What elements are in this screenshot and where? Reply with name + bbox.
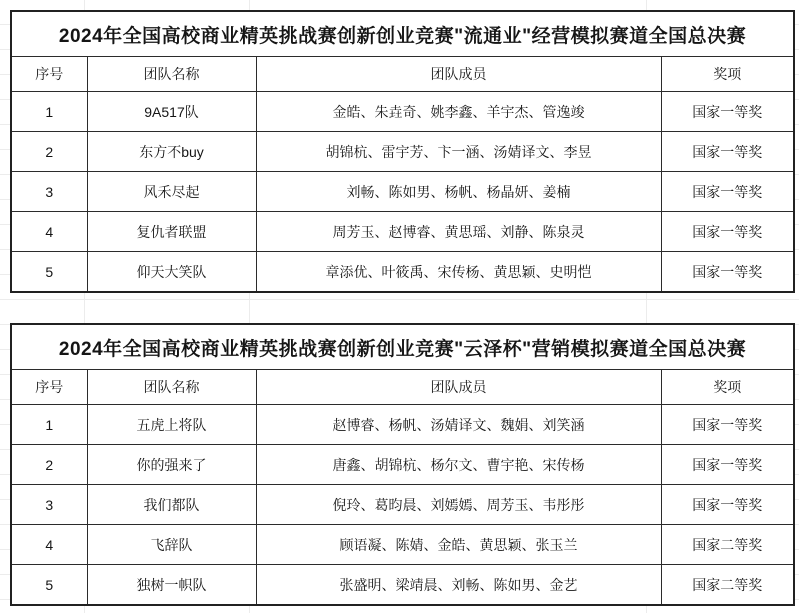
table-header-row: 序号 团队名称 团队成员 奖项 (11, 57, 794, 92)
table-title: 2024年全国高校商业精英挑战赛创新创业竞赛"云泽杯"营销模拟赛道全国总决赛 (11, 324, 794, 370)
table-row: 2 东方不buy 胡锦杭、雷宇芳、卞一涵、汤婧译文、李昱 国家一等奖 (11, 132, 794, 172)
header-team-members: 团队成员 (256, 370, 661, 405)
cell-team-members: 刘畅、陈如男、杨帆、杨晶妍、姜楠 (256, 172, 661, 212)
table-row: 4 飞辞队 顾语凝、陈婧、金皓、黄思颖、张玉兰 国家二等奖 (11, 525, 794, 565)
header-team-members: 团队成员 (256, 57, 661, 92)
header-award: 奖项 (661, 57, 794, 92)
cell-team-members: 金皓、朱垚奇、姚李鑫、羊宇杰、管逸竣 (256, 92, 661, 132)
header-team-name: 团队名称 (87, 57, 256, 92)
cell-team-name: 9A517队 (87, 92, 256, 132)
award-table-marketing: 2024年全国高校商业精英挑战赛创新创业竞赛"云泽杯"营销模拟赛道全国总决赛 序… (10, 323, 795, 606)
cell-award: 国家一等奖 (661, 172, 794, 212)
header-award: 奖项 (661, 370, 794, 405)
cell-team-name: 我们都队 (87, 485, 256, 525)
cell-team-members: 胡锦杭、雷宇芳、卞一涵、汤婧译文、李昱 (256, 132, 661, 172)
cell-team-name: 独树一帜队 (87, 565, 256, 606)
table-row: 3 风禾尽起 刘畅、陈如男、杨帆、杨晶妍、姜楠 国家一等奖 (11, 172, 794, 212)
table-row: 1 五虎上将队 赵博睿、杨帆、汤婧译文、魏娟、刘笑涵 国家一等奖 (11, 405, 794, 445)
cell-award: 国家一等奖 (661, 212, 794, 252)
cell-seq: 1 (11, 92, 87, 132)
table-title-row: 2024年全国高校商业精英挑战赛创新创业竞赛"流通业"经营模拟赛道全国总决赛 (11, 11, 794, 57)
cell-seq: 5 (11, 565, 87, 606)
award-table-circulation: 2024年全国高校商业精英挑战赛创新创业竞赛"流通业"经营模拟赛道全国总决赛 序… (10, 10, 795, 293)
cell-team-members: 周芳玉、赵博睿、黄思瑶、刘静、陈泉灵 (256, 212, 661, 252)
cell-team-name: 飞辞队 (87, 525, 256, 565)
cell-seq: 4 (11, 525, 87, 565)
cell-team-name: 五虎上将队 (87, 405, 256, 445)
table-row: 3 我们都队 倪玲、葛昀晨、刘嫣嫣、周芳玉、韦彤彤 国家一等奖 (11, 485, 794, 525)
cell-seq: 5 (11, 252, 87, 293)
cell-team-name: 复仇者联盟 (87, 212, 256, 252)
cell-seq: 1 (11, 405, 87, 445)
table-title: 2024年全国高校商业精英挑战赛创新创业竞赛"流通业"经营模拟赛道全国总决赛 (11, 11, 794, 57)
header-team-name: 团队名称 (87, 370, 256, 405)
cell-seq: 3 (11, 485, 87, 525)
cell-team-name: 东方不buy (87, 132, 256, 172)
cell-award: 国家一等奖 (661, 252, 794, 293)
table-row: 2 你的强来了 唐鑫、胡锦杭、杨尔文、曹宇艳、宋传杨 国家一等奖 (11, 445, 794, 485)
cell-award: 国家一等奖 (661, 445, 794, 485)
cell-team-members: 张盛明、梁靖晨、刘畅、陈如男、金艺 (256, 565, 661, 606)
spreadsheet-area: 2024年全国高校商业精英挑战赛创新创业竞赛"流通业"经营模拟赛道全国总决赛 序… (0, 0, 799, 606)
cell-award: 国家一等奖 (661, 405, 794, 445)
cell-team-members: 倪玲、葛昀晨、刘嫣嫣、周芳玉、韦彤彤 (256, 485, 661, 525)
table-row: 5 独树一帜队 张盛明、梁靖晨、刘畅、陈如男、金艺 国家二等奖 (11, 565, 794, 606)
cell-team-members: 唐鑫、胡锦杭、杨尔文、曹宇艳、宋传杨 (256, 445, 661, 485)
header-seq: 序号 (11, 370, 87, 405)
table-row: 1 9A517队 金皓、朱垚奇、姚李鑫、羊宇杰、管逸竣 国家一等奖 (11, 92, 794, 132)
cell-award: 国家一等奖 (661, 132, 794, 172)
table-header-row: 序号 团队名称 团队成员 奖项 (11, 370, 794, 405)
cell-seq: 4 (11, 212, 87, 252)
cell-team-name: 你的强来了 (87, 445, 256, 485)
cell-seq: 3 (11, 172, 87, 212)
table-title-row: 2024年全国高校商业精英挑战赛创新创业竞赛"云泽杯"营销模拟赛道全国总决赛 (11, 324, 794, 370)
cell-team-name: 风禾尽起 (87, 172, 256, 212)
table-row: 5 仰天大笑队 章添优、叶筱禹、宋传杨、黄思颖、史明恺 国家一等奖 (11, 252, 794, 293)
cell-award: 国家一等奖 (661, 92, 794, 132)
cell-award: 国家一等奖 (661, 485, 794, 525)
header-seq: 序号 (11, 57, 87, 92)
cell-team-members: 顾语凝、陈婧、金皓、黄思颖、张玉兰 (256, 525, 661, 565)
cell-seq: 2 (11, 445, 87, 485)
cell-seq: 2 (11, 132, 87, 172)
table-row: 4 复仇者联盟 周芳玉、赵博睿、黄思瑶、刘静、陈泉灵 国家一等奖 (11, 212, 794, 252)
cell-award: 国家二等奖 (661, 565, 794, 606)
cell-team-members: 章添优、叶筱禹、宋传杨、黄思颖、史明恺 (256, 252, 661, 293)
cell-award: 国家二等奖 (661, 525, 794, 565)
cell-team-members: 赵博睿、杨帆、汤婧译文、魏娟、刘笑涵 (256, 405, 661, 445)
cell-team-name: 仰天大笑队 (87, 252, 256, 293)
